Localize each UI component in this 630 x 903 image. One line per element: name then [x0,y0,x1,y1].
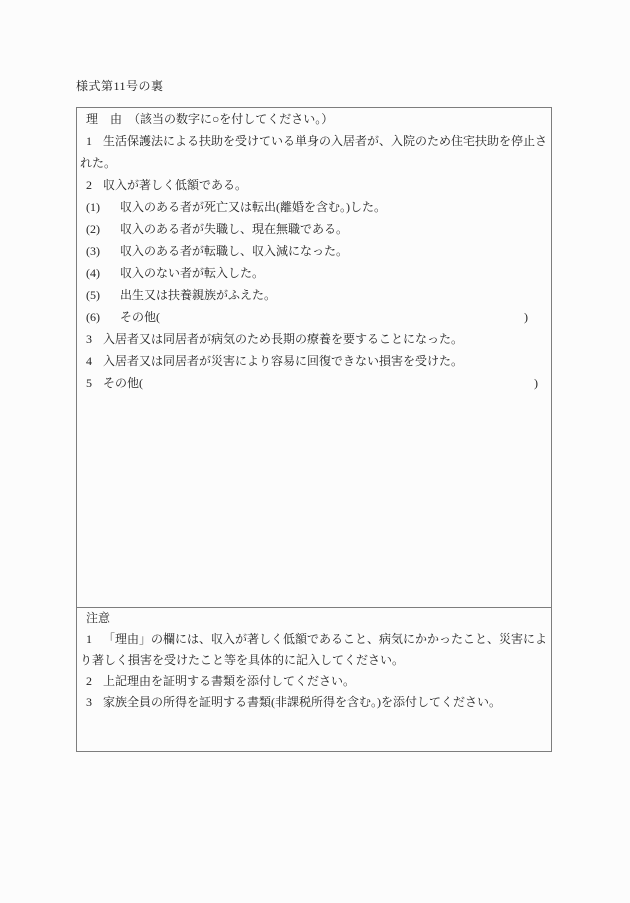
form-side-title: 様式第11号の裏 [76,79,164,94]
reason-subitem-6-other: (6)その他() [77,306,551,328]
note-item-3: 3家族全員の所得を証明する書類(非課税所得を含む。)を添付してください。 [77,692,551,713]
item-text: 生活保護法による扶助を受けている単身の入居者が、入院のため住宅扶助を停止された。 [80,134,547,170]
reason-item-4: 4入居者又は同居者が災害により容易に回復できない損害を受けた。 [77,350,551,372]
subitem-number: (2) [86,218,120,240]
subitem-text: 収入のある者が失職し、現在無職である。 [120,222,348,236]
reason-subitem-5: (5)出生又は扶養親族がふえた。 [77,284,551,306]
subitem-number: (1) [86,196,120,218]
subitem-text: 出生又は扶養親族がふえた。 [120,288,276,302]
reason-header: 理 由 （該当の数字に○を付してください。） [77,108,551,130]
subitem-text: 収入のある者が転職し、収入減になった。 [120,244,348,258]
reason-subitem-4: (4)収入のない者が転入した。 [77,262,551,284]
subitem-number: (4) [86,262,120,284]
subitem-text: 収入のない者が転入した。 [120,266,264,280]
item-number: 1 [86,130,103,152]
reason-subitem-3: (3)収入のある者が転職し、収入減になった。 [77,240,551,262]
reason-item-1: 1生活保護法による扶助を受けている単身の入居者が、入院のため住宅扶助を停止された… [77,130,551,174]
reason-form-box: 理 由 （該当の数字に○を付してください。） 1生活保護法による扶助を受けている… [76,107,552,752]
subitem-number: (6) [86,306,120,328]
notes-title: 注意 [77,608,551,629]
item-text: 収入が著しく低額である。 [103,178,247,192]
note-text: 家族全員の所得を証明する書類(非課税所得を含む。)を添付してください。 [103,695,501,709]
subitem-number: (5) [86,284,120,306]
note-number: 1 [86,629,103,650]
item-number: 2 [86,174,103,196]
reason-item-2: 2収入が著しく低額である。 [77,174,551,196]
note-item-2: 2上記理由を証明する書類を添付してください。 [77,671,551,692]
notes-section: 注意 1「理由」の欄には、収入が著しく低額であること、病気にかかったこと、災害に… [77,608,551,751]
subitem-number: (3) [86,240,120,262]
reason-section: 理 由 （該当の数字に○を付してください。） 1生活保護法による扶助を受けている… [77,108,551,608]
reason-item-5-other: 5その他() [77,372,551,394]
note-text: 上記理由を証明する書類を添付してください。 [103,674,355,688]
item-number: 5 [86,372,103,394]
reason-item-3: 3入居者又は同居者が病気のため長期の療養を要することになった。 [77,328,551,350]
document-page: 様式第11号の裏 理 由 （該当の数字に○を付してください。） 1生活保護法によ… [0,0,630,903]
note-number: 3 [86,692,103,713]
item-number: 3 [86,328,103,350]
note-item-1: 1「理由」の欄には、収入が著しく低額であること、病気にかかったこと、災害により著… [77,629,551,671]
other-close-paren: ) [528,372,538,394]
note-text: 「理由」の欄には、収入が著しく低額であること、病気にかかったこと、災害により著し… [80,632,547,667]
subitem-text: その他( [120,310,160,324]
item-text: 入居者又は同居者が災害により容易に回復できない損害を受けた。 [103,354,463,368]
item-text: 入居者又は同居者が病気のため長期の療養を要することになった。 [103,332,463,346]
reason-subitem-1: (1)収入のある者が死亡又は転出(離婚を含む。)した。 [77,196,551,218]
item-text: その他( [103,376,143,390]
item-number: 4 [86,350,103,372]
subitem-text: 収入のある者が死亡又は転出(離婚を含む。)した。 [120,200,386,214]
other-close-paren: ) [518,306,528,328]
reason-subitem-2: (2)収入のある者が失職し、現在無職である。 [77,218,551,240]
note-number: 2 [86,671,103,692]
